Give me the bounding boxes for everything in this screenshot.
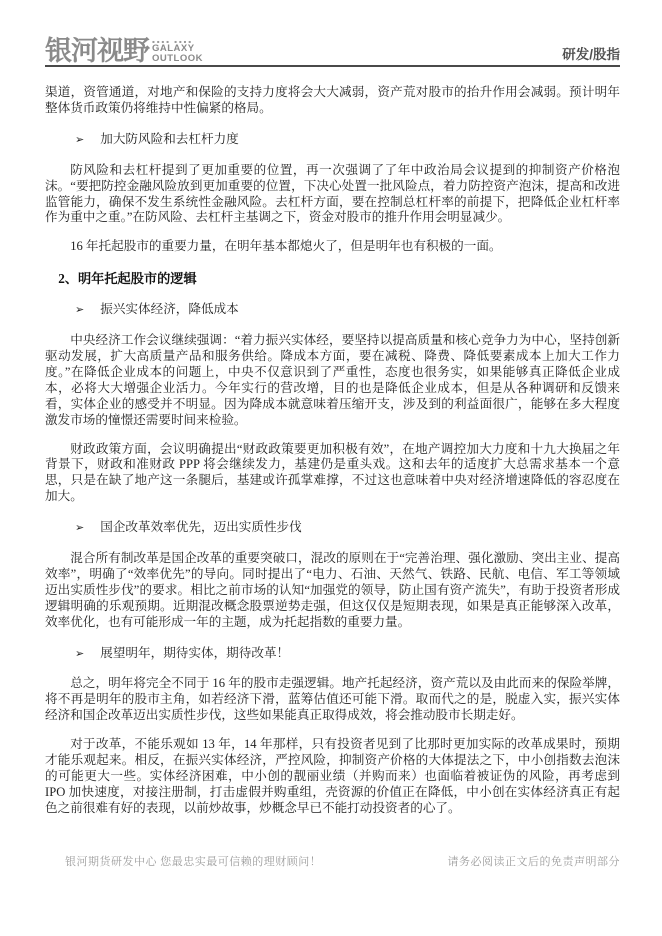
body-paragraph: 渠道，资管通道，对地产和保险的支持力度将会大大减弱，资产荒对股市的抬升作用会减弱… [45,85,620,117]
section-heading: 2、明年托起股市的逻辑 [45,271,620,287]
document-body: 渠道，资管通道，对地产和保险的支持力度将会大大减弱，资产荒对股市的抬升作用会减弱… [45,80,620,830]
body-paragraph: 对于改革，不能乐观如 13 年，14 年那样，只有投资者见到了比那时更加实际的改… [45,737,620,817]
bullet-heading-text: 国企改革效率优先，迈出实质性步伐 [100,520,302,536]
arrow-bullet-icon: ➢ [75,520,84,536]
bullet-heading-text: 加大防风险和去杠杆力度 [100,132,239,148]
page-header: 银河视野 ▪▪▪▪ ▪▪▪▪ GALAXY OUTLOOK 研发/股指 [45,24,620,66]
arrow-bullet-icon: ➢ [75,646,84,662]
body-paragraph: 总之，明年将完全不同于 16 年的股市走强逻辑。地产托起经济，资产荒以及由此而来… [45,676,620,724]
bullet-item: ➢振兴实体经济，降低成本 [45,302,620,318]
bullet-item: ➢国企改革效率优先，迈出实质性步伐 [45,520,620,536]
body-paragraph: 财政政策方面，会议明确提出“财政政策要更加积极有效”，在地产调控加大力度和十九大… [45,442,620,506]
logo-chinese-wordmark: 银河视野 [45,36,149,66]
report-page: 银河视野 ▪▪▪▪ ▪▪▪▪ GALAXY OUTLOOK 研发/股指 渠道，资… [0,0,662,936]
body-paragraph: 防风险和去杠杆提到了更加重要的位置，再一次强调了了年中政治局会议提到的抑制资产价… [45,163,620,227]
header-divider [45,65,620,67]
arrow-bullet-icon: ➢ [75,132,84,148]
bullet-heading-text: 展望明年，期待实体，期待改革！ [100,646,289,662]
body-paragraph: 16 年托起股市的重要力量，在明年基本都熄火了，但是明年也有积极的一面。 [45,239,620,255]
galaxy-outlook-logo: 银河视野 ▪▪▪▪ ▪▪▪▪ GALAXY OUTLOOK [45,36,203,66]
footer-slogan: 银河期货研发中心 您最忠实最可信赖的理财顾问！ [45,853,321,869]
body-paragraph: 中央经济工作会议继续强调：“着力振兴实体经，要坚持以提高质量和核心竞争力为中心，… [45,333,620,428]
logo-outlook-text: OUTLOOK [152,54,203,64]
bullet-item: ➢加大防风险和去杠杆力度 [45,132,620,148]
logo-english-wordmark: ▪▪▪▪ ▪▪▪▪ GALAXY OUTLOOK [152,39,203,66]
body-paragraph: 混合所有制改革是国企改革的重要突破口，混改的原则在于“完善治理、强化激励、突出主… [45,551,620,631]
footer-disclaimer-note: 请务必阅读正文后的免责声明部分 [448,853,621,869]
page-footer: 银河期货研发中心 您最忠实最可信赖的理财顾问！ 请务必阅读正文后的免责声明部分 [45,853,620,869]
bullet-heading-text: 振兴实体经济，降低成本 [100,302,239,318]
bullet-item: ➢展望明年，期待实体，期待改革！ [45,646,620,662]
arrow-bullet-icon: ➢ [75,302,84,318]
department-label: 研发/股指 [562,43,620,66]
